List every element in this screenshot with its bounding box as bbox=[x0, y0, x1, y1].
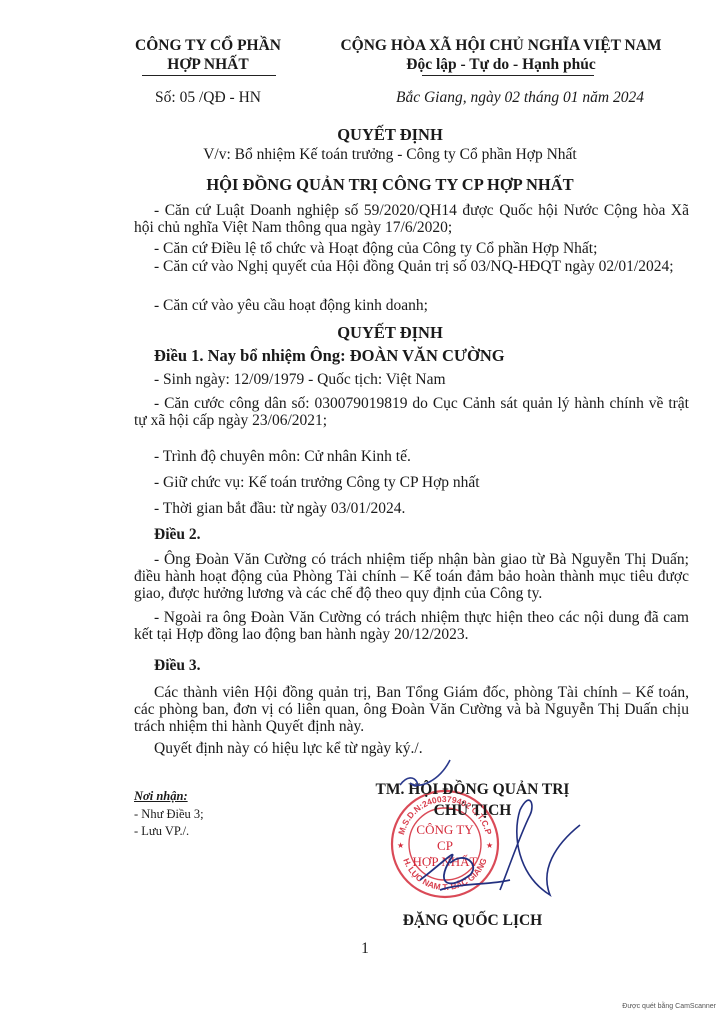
signatory-name: ĐẶNG QUỐC LỊCH bbox=[370, 912, 575, 930]
basis-item: - Căn cứ Điều lệ tổ chức và Hoạt động củ… bbox=[134, 240, 689, 257]
recipient-item: - Như Điều 3; bbox=[134, 807, 204, 822]
company-name-line1: CÔNG TY CỔ PHẦN bbox=[123, 37, 293, 55]
article-1-item: - Căn cước công dân số: 030079019819 do … bbox=[134, 395, 689, 429]
article-2-heading: Điều 2. bbox=[154, 526, 201, 544]
page-number: 1 bbox=[340, 940, 390, 958]
svg-text:CP: CP bbox=[437, 838, 453, 853]
recipient-item: - Lưu VP./. bbox=[134, 824, 189, 839]
document-number: Số: 05 /QĐ - HN bbox=[123, 89, 293, 107]
motto-underline bbox=[422, 75, 594, 76]
place-and-date: Bắc Giang, ngày 02 tháng 01 năm 2024 bbox=[375, 89, 665, 107]
company-underline bbox=[142, 75, 276, 76]
article-1-item: - Giữ chức vụ: Kế toán trưởng Công ty CP… bbox=[154, 474, 480, 492]
effective-clause: Quyết định này có hiệu lực kể từ ngày ký… bbox=[154, 740, 423, 758]
article-1-heading: Điều 1. Nay bổ nhiệm Ông: ĐOÀN VĂN CƯỜNG bbox=[154, 346, 505, 366]
basis-item: - Căn cứ Luật Doanh nghiệp số 59/2020/QH… bbox=[134, 202, 689, 236]
article-1-item: - Trình độ chuyên môn: Cử nhân Kinh tế. bbox=[154, 448, 411, 466]
scanner-watermark: Được quét bằng CamScanner bbox=[622, 1003, 716, 1010]
basis-item: - Căn cứ vào Nghị quyết của Hội đồng Quả… bbox=[134, 258, 689, 275]
national-motto: Độc lập - Tự do - Hạnh phúc bbox=[340, 56, 662, 74]
signature-position: CHỦ TỊCH bbox=[370, 802, 575, 820]
svg-text:CÔNG TY: CÔNG TY bbox=[416, 822, 474, 837]
recipients-label: Nơi nhận: bbox=[134, 789, 188, 804]
article-1-item: - Thời gian bắt đầu: từ ngày 03/01/2024. bbox=[154, 500, 405, 518]
svg-text:HỢP NHẤT: HỢP NHẤT bbox=[413, 854, 478, 869]
article-2-item: - Ngoài ra ông Đoàn Văn Cường có trách n… bbox=[134, 609, 689, 643]
issuing-authority: HỘI ĐỒNG QUẢN TRỊ CÔNG TY CP HỢP NHẤT bbox=[100, 175, 680, 195]
country-name: CỘNG HÒA XÃ HỘI CHỦ NGHĨA VIỆT NAM bbox=[340, 37, 662, 55]
svg-text:★: ★ bbox=[486, 841, 493, 850]
article-3-heading: Điều 3. bbox=[154, 657, 201, 675]
document-subject: V/v: Bổ nhiệm Kế toán trưởng - Công ty C… bbox=[100, 146, 680, 164]
signature-on-behalf: TM. HỘI ĐỒNG QUẢN TRỊ bbox=[370, 781, 575, 799]
document-title: QUYẾT ĐỊNH bbox=[100, 125, 680, 145]
company-name-line2: HỢP NHẤT bbox=[123, 56, 293, 74]
article-3-text: Các thành viên Hội đồng quản trị, Ban Tổ… bbox=[134, 684, 689, 735]
article-2-item: - Ông Đoàn Văn Cường có trách nhiệm tiếp… bbox=[134, 551, 689, 602]
basis-item: - Căn cứ vào yêu cầu hoạt động kinh doan… bbox=[134, 297, 689, 314]
svg-text:★: ★ bbox=[397, 841, 404, 850]
article-1-item: - Sinh ngày: 12/09/1979 - Quốc tịch: Việ… bbox=[154, 371, 446, 389]
decision-heading: QUYẾT ĐỊNH bbox=[100, 323, 680, 343]
